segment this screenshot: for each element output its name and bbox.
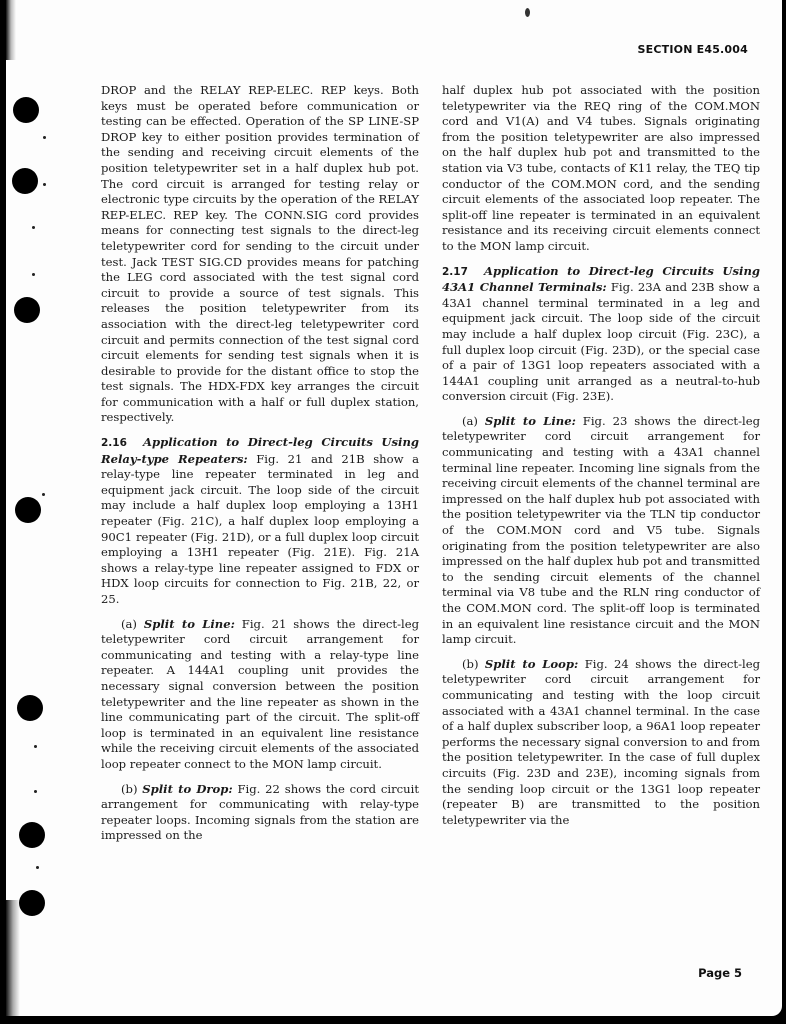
left-column: DROP and the RELAY REP-ELEC. REP keys. B… [101,83,419,853]
punch-hole [14,297,40,323]
section-body: Fig. 21 and 21B show a relay-type line r… [101,452,419,606]
right-column: half duplex hub pot associated with the … [442,83,760,837]
punch-hole [15,497,41,523]
item-title: Split to Loop: [485,657,578,671]
scan-speck [43,136,46,139]
punch-hole [19,822,45,848]
punch-hole [17,695,43,721]
item-body: Fig. 21 shows the direct-leg teletypewri… [101,617,419,771]
scan-speck [42,493,45,496]
scan-speck [34,745,37,748]
section-body: Fig. 23A and 23B show a 43A1 channel ter… [442,280,760,403]
item-label: (a) [462,414,478,428]
scan-speck [32,226,35,229]
item-title: Split to Line: [485,414,576,428]
item-title: Split to Line: [144,617,235,631]
scan-speck [34,790,37,793]
section-2-16: 2.16Application to Direct-leg Circuits U… [101,435,419,608]
item-label: (a) [121,617,137,631]
document-page: SECTION E45.004 DROP and the RELAY REP-E… [6,0,782,1016]
scan-speck [43,183,46,186]
section-number: 2.17 [442,265,484,281]
section-2-17: 2.17Application to Direct-leg Circuits U… [442,264,760,405]
paragraph: DROP and the RELAY REP-ELEC. REP keys. B… [101,83,419,426]
item-body: Fig. 24 shows the direct-leg teletypewri… [442,657,760,827]
section-number: 2.16 [101,436,143,452]
paragraph: half duplex hub pot associated with the … [442,83,760,255]
item-label: (b) [462,657,478,671]
section-header: SECTION E45.004 [638,43,748,56]
subsection-b: (b) Split to Drop: Fig. 22 shows the cor… [101,782,419,844]
punch-hole [13,97,39,123]
subsection-a: (a) Split to Line: Fig. 21 shows the dir… [101,617,419,773]
scan-speck [525,8,530,17]
item-label: (b) [121,782,137,796]
item-body: Fig. 23 shows the direct-leg teletypewri… [442,414,760,646]
scan-edge-shadow [6,900,20,1016]
scan-speck [36,866,39,869]
punch-hole [19,890,45,916]
scan-speck [32,273,35,276]
subsection-b: (b) Split to Loop: Fig. 24 shows the dir… [442,657,760,829]
punch-hole [12,168,38,194]
subsection-a: (a) Split to Line: Fig. 23 shows the dir… [442,414,760,648]
item-title: Split to Drop: [142,782,232,796]
page-number: Page 5 [698,966,742,980]
scan-edge-shadow [6,0,16,60]
